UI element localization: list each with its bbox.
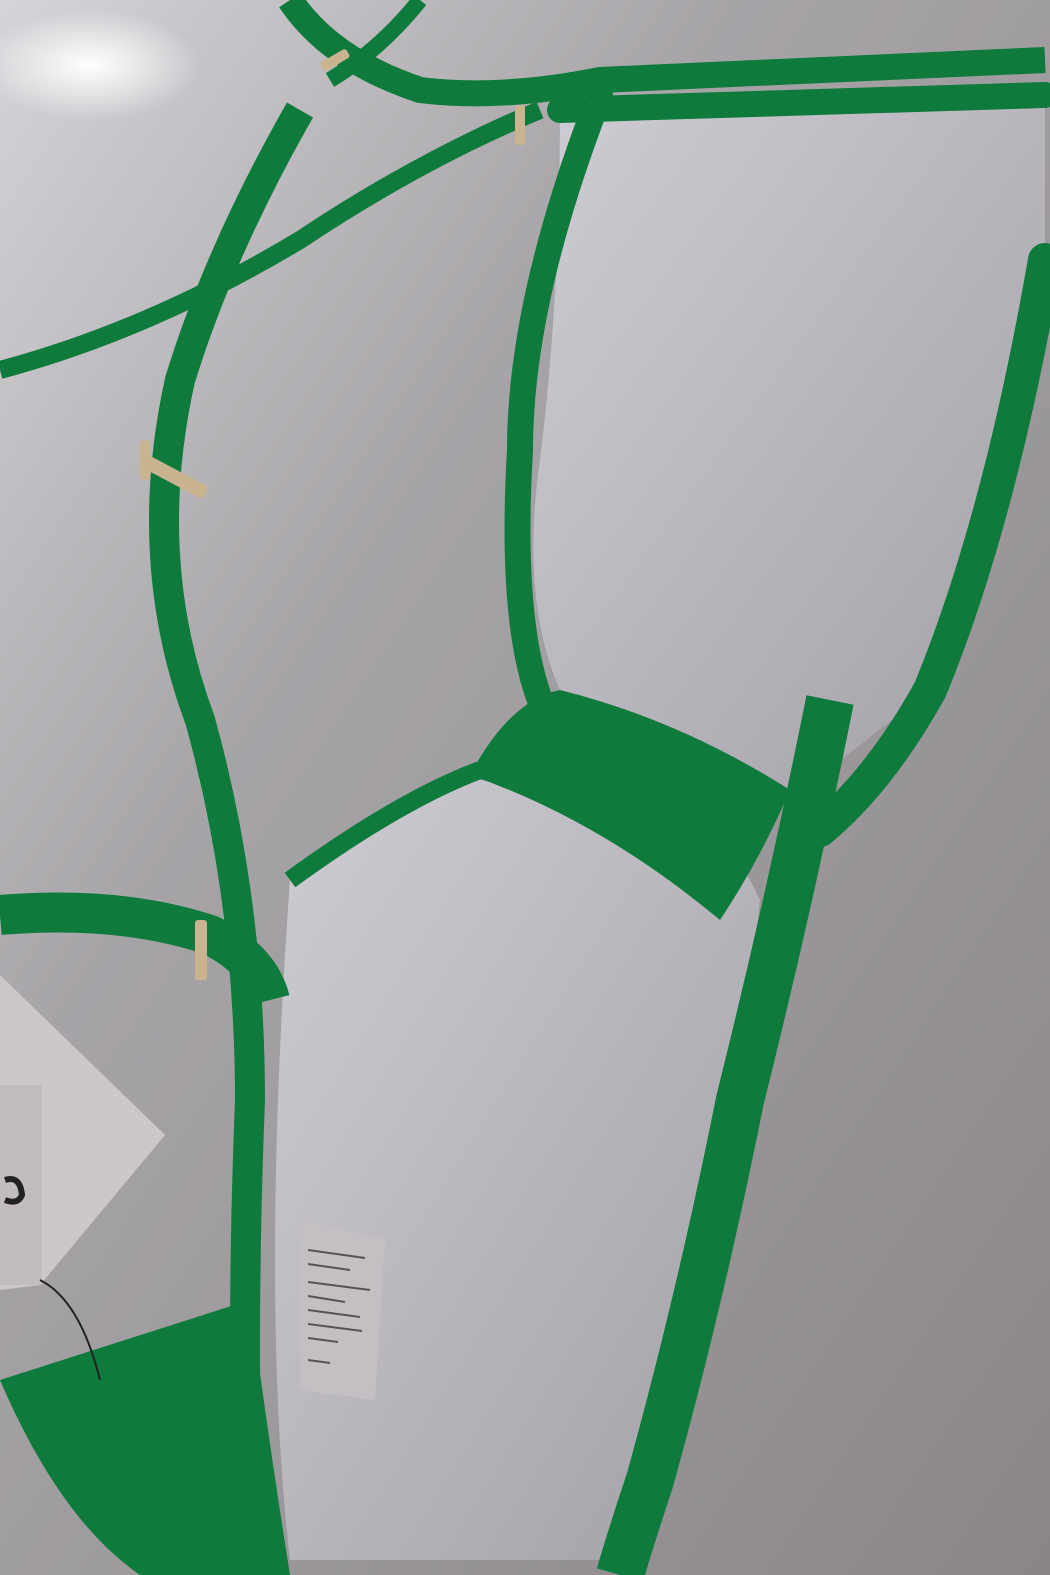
product-photo: Green bikini top with white lining and a… <box>0 0 1050 1575</box>
band-adjuster <box>195 920 207 980</box>
bikini-top-illustration <box>0 0 1050 1575</box>
top-adjuster <box>515 105 525 145</box>
strap-ring <box>140 440 150 480</box>
